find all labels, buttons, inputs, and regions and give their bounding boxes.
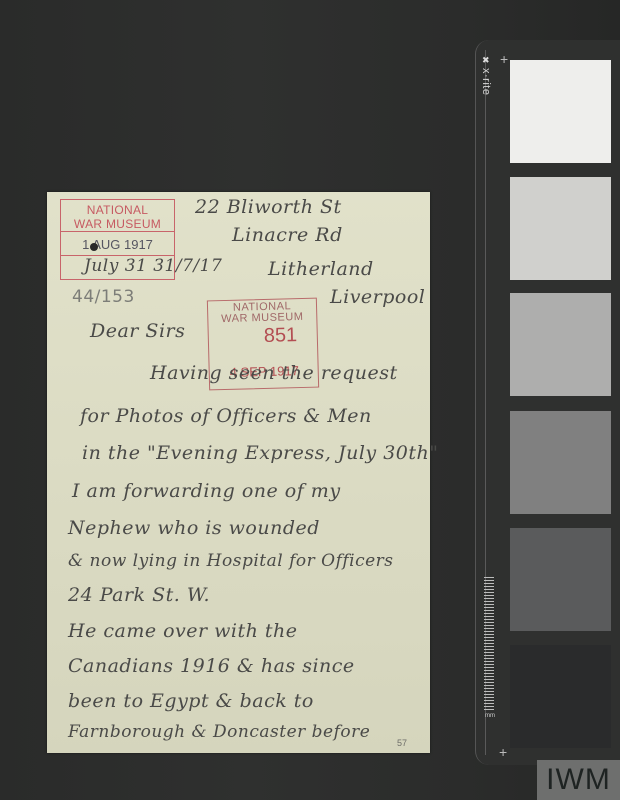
body-line: Having seen the request [150, 362, 398, 384]
salutation: Dear Sirs [90, 320, 185, 342]
page-number: 57 [397, 738, 407, 748]
body-line: in the "Evening Express, July 30th" [82, 442, 439, 464]
stamp-line2: WAR MUSEUM [61, 217, 174, 231]
body-line: Farnborough & Doncaster before [68, 722, 370, 742]
stamp-title: NATIONAL WAR MUSEUM [208, 301, 317, 326]
registration-cross-icon: + [500, 52, 508, 66]
registration-cross-icon: + [499, 745, 507, 759]
date-written: July 31 31/7/17 [84, 256, 222, 276]
punch-hole [90, 243, 98, 251]
address-line-2: Linacre Rd [232, 224, 343, 246]
address-line-4: Liverpool [330, 286, 425, 308]
address-line-3: Litherland [268, 258, 374, 280]
stamp-number: 851 [264, 324, 298, 348]
gray-swatch-4 [510, 411, 611, 514]
gray-swatch-5 [510, 528, 611, 631]
stamp-line2: WAR MUSEUM [208, 312, 316, 326]
address-line-1: 22 Bliworth St [195, 196, 342, 218]
stamp-title: NATIONAL WAR MUSEUM [61, 203, 174, 231]
gray-swatch-2 [510, 177, 611, 280]
body-line: I am forwarding one of my [72, 480, 341, 502]
body-line: Nephew who is wounded [68, 517, 320, 539]
gray-swatch-3 [510, 293, 611, 396]
body-line: for Photos of Officers & Men [80, 405, 372, 427]
stamp-date: 1 AUG 1917 [61, 237, 174, 252]
mm-ruler [484, 577, 494, 711]
color-reference-chart [475, 40, 620, 765]
body-line: 24 Park St. W. [68, 584, 210, 606]
body-line: been to Egypt & back to [68, 690, 314, 712]
body-line: He came over with the [68, 620, 298, 642]
gray-swatch-1 [510, 60, 611, 163]
brand-label: x·rite [480, 68, 492, 95]
reference-number: 44/153 [72, 287, 135, 307]
stamp-divider [61, 231, 174, 232]
body-line: Canadians 1916 & has since [68, 655, 355, 677]
iwm-watermark: IWM [537, 760, 620, 800]
body-line: & now lying in Hospital for Officers [68, 551, 394, 571]
ruler-unit-label: mm [485, 713, 495, 719]
stamp-line1: NATIONAL [61, 203, 174, 217]
xrite-logo-icon: ✖ [482, 56, 491, 65]
gray-swatch-6 [510, 645, 611, 748]
